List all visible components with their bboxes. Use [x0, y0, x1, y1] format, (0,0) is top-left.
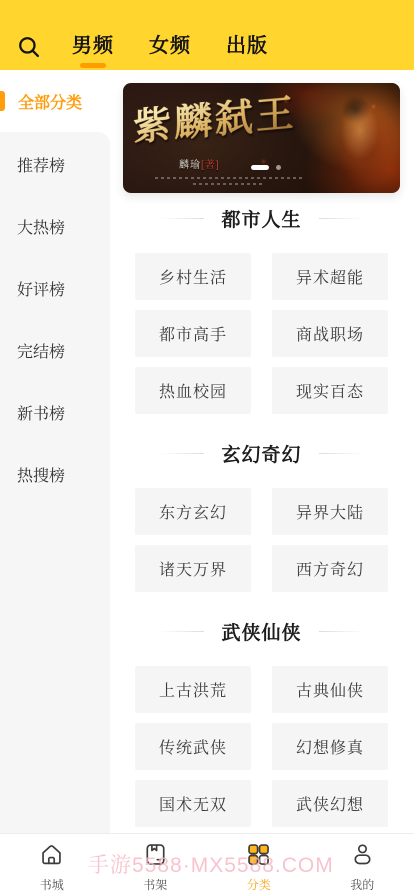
active-tab-underline — [80, 63, 106, 68]
category-button[interactable]: 现实百态 — [272, 367, 388, 414]
category-button[interactable]: 上古洪荒 — [135, 666, 251, 713]
sidebar-item-finished-rank[interactable]: 完结榜 — [0, 319, 110, 381]
section-title: 玄幻奇幻 — [221, 440, 301, 467]
sidebar-rank-panel: 推荐榜 大热榜 好评榜 完结榜 新书榜 热搜榜 — [0, 132, 110, 833]
tabbar-item-bookstore[interactable]: 书城 — [0, 841, 104, 893]
category-button[interactable]: 幻想修真 — [272, 723, 388, 770]
sidebar-item-hot-rank[interactable]: 大热榜 — [0, 195, 110, 257]
sidebar-item-all-categories[interactable]: 全部分类 — [0, 70, 110, 132]
tabbar-label: 书架 — [143, 876, 167, 893]
tab-published[interactable]: 出版 — [226, 29, 268, 66]
banner-author-suffix: [著] — [201, 160, 220, 171]
sidebar-item-recommend-rank[interactable]: 推荐榜 — [0, 133, 110, 195]
sidebar: 全部分类 推荐榜 大热榜 好评榜 完结榜 新书榜 热搜榜 — [0, 70, 110, 833]
tabbar-item-category[interactable]: 分类 — [207, 841, 311, 893]
banner-book-title: 紫麟弑王 — [133, 94, 297, 146]
category-button[interactable]: 诸天万界 — [135, 545, 251, 592]
search-icon[interactable] — [16, 34, 42, 60]
banner-warrior-art — [310, 87, 400, 191]
category-button[interactable]: 武侠幻想 — [272, 780, 388, 827]
banner-pager-dots — [251, 165, 281, 170]
category-button[interactable]: 西方奇幻 — [272, 545, 388, 592]
bookshelf-icon — [142, 841, 169, 873]
tabbar-label: 分类 — [247, 876, 271, 893]
sidebar-active-label: 全部分类 — [18, 90, 82, 113]
tab-label: 女频 — [149, 35, 191, 57]
section-title: 都市人生 — [221, 205, 301, 232]
tabbar-label: 书城 — [40, 876, 64, 893]
section-header-urban-life: 都市人生 — [123, 205, 400, 232]
banner-author: 麟瑜[著] — [179, 156, 220, 171]
tab-label: 男频 — [72, 35, 114, 57]
banner-deco-text-line — [193, 183, 265, 185]
pager-dot-active — [251, 165, 269, 170]
tab-female-channel[interactable]: 女频 — [149, 29, 191, 66]
category-button[interactable]: 乡村生活 — [135, 253, 251, 300]
home-icon — [38, 841, 65, 873]
sidebar-item-hot-search-rank[interactable]: 热搜榜 — [0, 443, 110, 505]
category-button[interactable]: 热血校园 — [135, 367, 251, 414]
category-button[interactable]: 异界大陆 — [272, 488, 388, 535]
app-screen: 男频 女频 出版 全部分类 推荐榜 大热榜 好评榜 — [0, 0, 414, 896]
channel-tabs: 男频 女频 出版 — [72, 29, 268, 58]
tabbar-item-bookshelf[interactable]: 书架 — [104, 841, 208, 893]
category-button[interactable]: 异术超能 — [272, 253, 388, 300]
tabbar-label: 我的 — [350, 876, 374, 893]
sidebar-item-praise-rank[interactable]: 好评榜 — [0, 257, 110, 319]
section-title: 武侠仙侠 — [221, 618, 301, 645]
main-content: 紫麟弑王 麟瑜[著] 都市人生 乡村生活 异术超能 都市 — [110, 70, 414, 833]
category-grid-fantasy: 东方玄幻 异界大陆 诸天万界 西方奇幻 — [135, 488, 388, 592]
section-header-fantasy: 玄幻奇幻 — [123, 440, 400, 467]
category-button[interactable]: 古典仙侠 — [272, 666, 388, 713]
bottom-tab-bar: 书城 书架 分类 — [0, 833, 414, 896]
tab-male-channel[interactable]: 男频 — [72, 29, 114, 66]
active-indicator-bar — [0, 91, 5, 111]
category-button[interactable]: 都市高手 — [135, 310, 251, 357]
section-header-wuxia: 武侠仙侠 — [123, 618, 400, 645]
category-button[interactable]: 传统武侠 — [135, 723, 251, 770]
category-grid-icon — [245, 841, 272, 873]
category-button[interactable]: 国术无双 — [135, 780, 251, 827]
user-icon — [349, 841, 376, 873]
page-body: 全部分类 推荐榜 大热榜 好评榜 完结榜 新书榜 热搜榜 紫麟弑王 麟瑜[ — [0, 70, 414, 833]
tabbar-item-mine[interactable]: 我的 — [311, 841, 414, 893]
category-button[interactable]: 商战职场 — [272, 310, 388, 357]
tab-label: 出版 — [226, 35, 268, 57]
header: 男频 女频 出版 — [0, 0, 414, 70]
promo-banner[interactable]: 紫麟弑王 麟瑜[著] — [123, 83, 400, 193]
category-button[interactable]: 东方玄幻 — [135, 488, 251, 535]
pager-dot — [276, 165, 281, 170]
banner-deco-text-line — [155, 177, 305, 179]
category-grid-wuxia: 上古洪荒 古典仙侠 传统武侠 幻想修真 国术无双 武侠幻想 — [135, 666, 388, 827]
sidebar-item-new-book-rank[interactable]: 新书榜 — [0, 381, 110, 443]
category-grid-urban-life: 乡村生活 异术超能 都市高手 商战职场 热血校园 现实百态 — [135, 253, 388, 414]
